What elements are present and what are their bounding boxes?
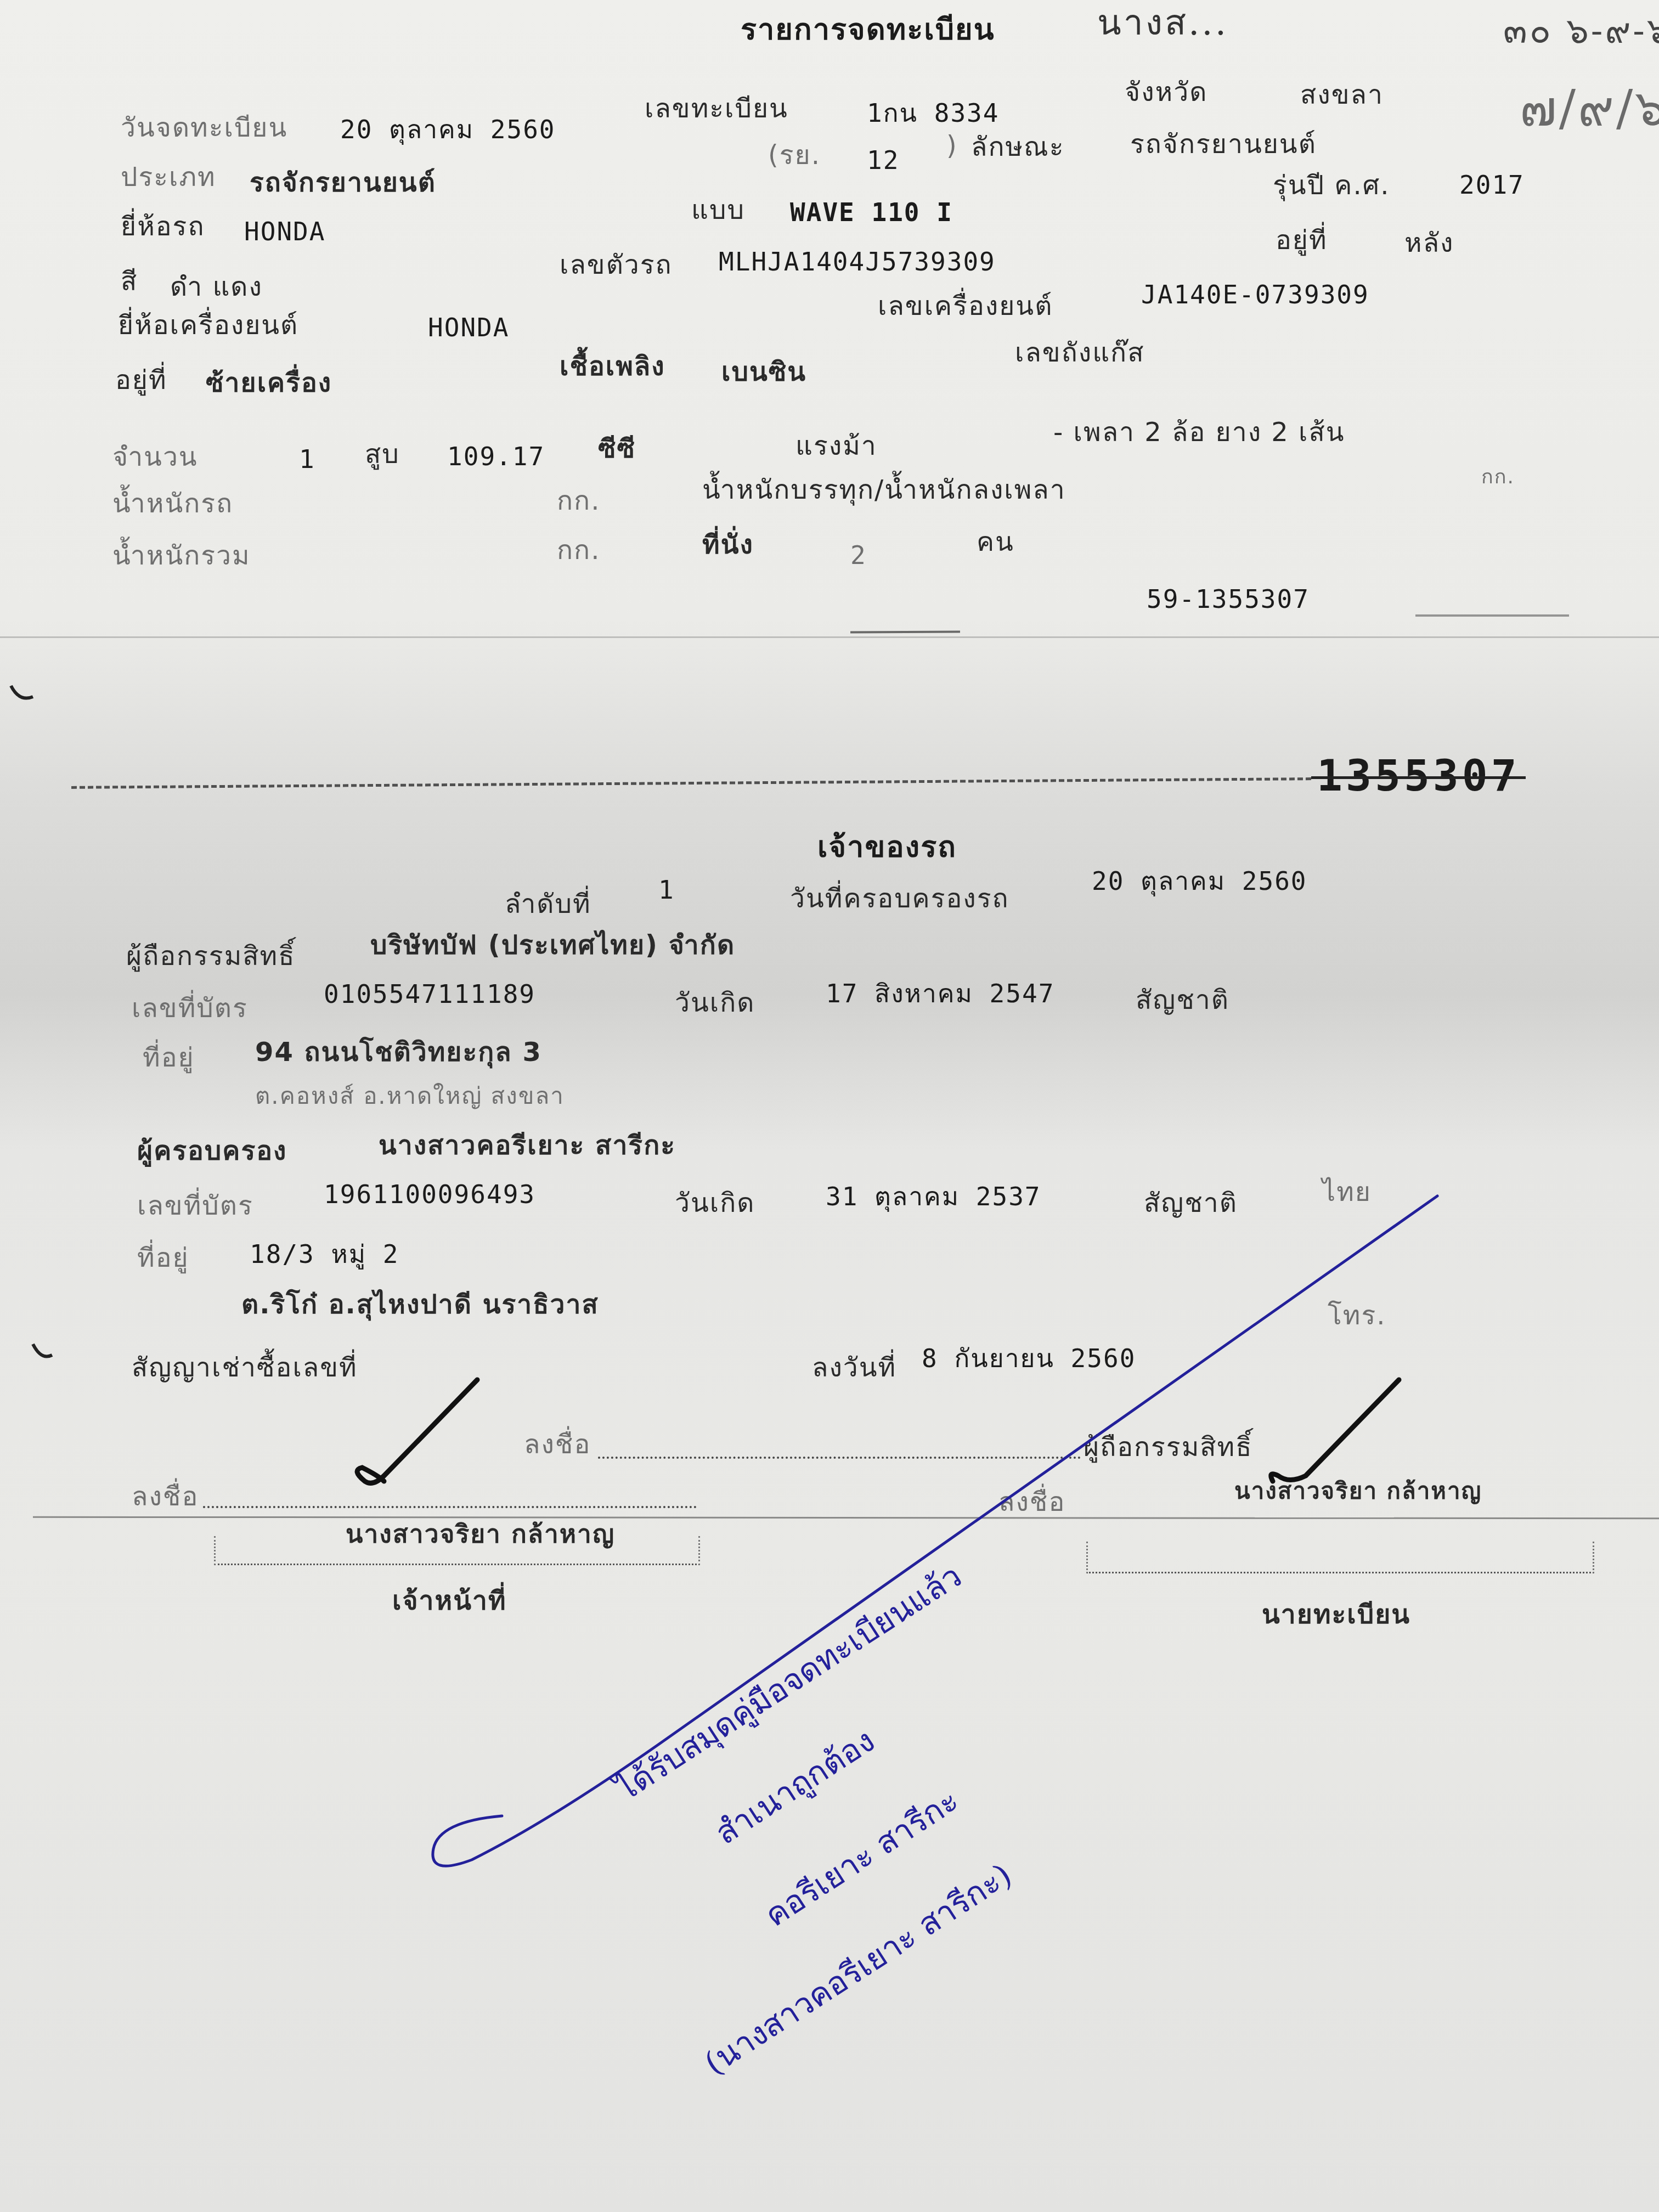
- vehicle-registration-document: รายการจดทะเบียน นางส... ๓๐ ๖-๙-๖ ๗/๙/๖๘ …: [0, 0, 1659, 2212]
